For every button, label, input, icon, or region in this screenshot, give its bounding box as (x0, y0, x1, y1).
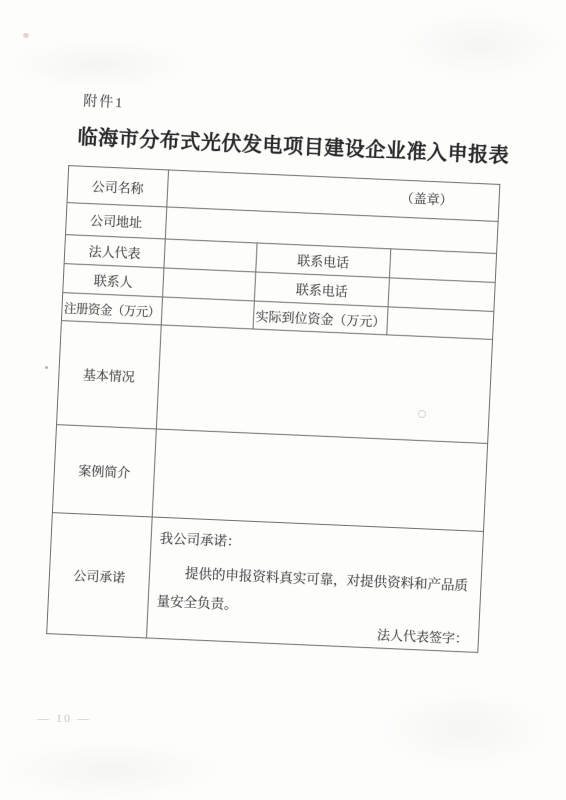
form-title: 临海市分布式光伏发电项目建设企业准入申报表 (77, 120, 510, 168)
contact-person-label: 联系人 (63, 264, 164, 297)
contact-person-field (163, 268, 256, 301)
basic-info-label: 基本情况 (57, 321, 162, 429)
company-address-label: 公司地址 (65, 203, 166, 239)
scan-artifact-red-speck (23, 33, 29, 38)
scan-artifact-dot (45, 366, 48, 369)
commitment-body: 提供的申报资料真实可靠，对提供资料和产品质量安全负责。 (156, 558, 473, 630)
page-number: — 10 — (24, 711, 104, 726)
registered-capital-label: 注册资金（万元） (61, 293, 162, 325)
case-intro-label: 案例简介 (52, 425, 156, 517)
company-name-label: 公司名称 (67, 166, 169, 207)
commitment-label: 公司承诺 (47, 513, 153, 638)
scanned-page: 附件1 临海市分布式光伏发电项目建设企业准入申报表 公司名称 （盖章） 公司地址 (0, 0, 566, 800)
scan-blotch (0, 740, 220, 800)
attachment-label: 附件1 (83, 91, 125, 113)
legal-representative-label: 法人代表 (64, 235, 165, 268)
contact-phone-2-field (388, 278, 495, 312)
contact-phone-1-field (389, 249, 496, 283)
scan-blotch (400, 10, 560, 80)
basic-info-field (156, 325, 492, 443)
commitment-field: 我公司承诺： 提供的申报资料真实可靠，对提供资料和产品质量安全负责。 法人代表签… (146, 517, 483, 652)
registered-capital-field (161, 297, 254, 329)
scan-blotch (10, 40, 190, 90)
table-row: 公司承诺 我公司承诺： 提供的申报资料真实可靠，对提供资料和产品质量安全负责。 … (47, 513, 484, 653)
case-intro-field (152, 429, 487, 531)
legal-representative-field (164, 239, 257, 272)
table-row: 基本情况 (57, 321, 493, 444)
application-form-table: 公司名称 （盖章） 公司地址 法人代表 联系电话 联系人 (46, 165, 500, 653)
document-content: 附件1 临海市分布式光伏发电项目建设企业准入申报表 公司名称 （盖章） 公司地址 (42, 86, 505, 705)
